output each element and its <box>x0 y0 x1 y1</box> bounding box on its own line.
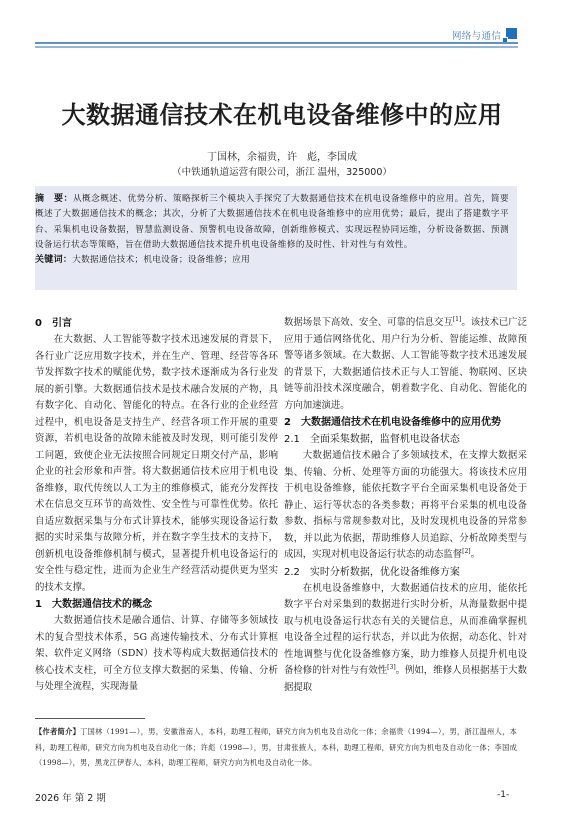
section-2-2-text: 在机电设备维修中，大数据通信技术的应用，能依托数字平台对采集到的数据进行实时分析… <box>284 583 527 677</box>
section-2-1-heading: 2.1 全面采集数据，监督机电设备状态 <box>284 431 527 448</box>
article-authors: 丁国林，余福贵，许 彪，李国成 <box>0 148 564 163</box>
section-1-continuation-text-2: 。该技术已广泛应用于通信网络优化、用户行为分析、智能运维、故障预警等诸多领域。在… <box>284 317 527 411</box>
section-1-continuation-text: 数据场景下高效、安全、可靠的信息交互 <box>284 317 453 328</box>
abstract-label: 摘 要： <box>35 194 73 204</box>
body-column-right: 数据场景下高效、安全、可靠的信息交互[1]。该技术已广泛应用于通信网络优化、用户… <box>284 315 527 696</box>
keywords: 关键词：大数据通信技术；机电设备；设备维修；应用 <box>35 253 509 268</box>
section-1-paragraph: 大数据通信技术是融合通信、计算、存储等多领域技术的复合型技术体系，5G 高速传输… <box>35 613 278 696</box>
journal-section-label: 网络与通信 <box>452 28 501 42</box>
header-rule <box>35 42 518 44</box>
author-footnote: 【作者简介】丁国林（1991—），男，安徽淮南人，本科，助理工程师，研究方向为机… <box>35 724 517 771</box>
issue-label: 2026 年 第 2 期 <box>35 790 106 804</box>
body-column-left: 0 引言 在大数据、人工智能等数字技术迅速发展的背景下，各行业广泛应用数字技术，… <box>35 315 278 696</box>
abstract: 摘 要：从概念概述、优势分析、策略探析三个模块入手探究了大数据通信技术在机电设备… <box>35 192 509 253</box>
citation-3[interactable]: [3] <box>387 664 396 671</box>
abstract-box: 摘 要：从概念概述、优势分析、策略探析三个模块入手探究了大数据通信技术在机电设备… <box>35 186 517 290</box>
article-affiliation: （中铁通轨道运营有限公司，浙江 温州，325000） <box>0 164 564 178</box>
footnote-rule <box>35 718 145 719</box>
page-number: -1- <box>497 790 509 800</box>
citation-2[interactable]: [2] <box>462 548 471 555</box>
article-title: 大数据通信技术在机电设备维修中的应用 <box>0 95 564 130</box>
section-2-2-paragraph: 在机电设备维修中，大数据通信技术的应用，能依托数字平台对采集到的数据进行实时分析… <box>284 581 527 697</box>
section-2-1-paragraph: 大数据通信技术融合了多领域技术，在支撑大数据采集、传输、分析、处理等方面的功能强… <box>284 448 527 564</box>
section-1-continuation: 数据场景下高效、安全、可靠的信息交互[1]。该技术已广泛应用于通信网络优化、用户… <box>284 315 527 414</box>
section-2-heading: 2 大数据通信技术在机电设备维修中的应用优势 <box>284 414 527 431</box>
header-rule-secondary <box>35 46 518 48</box>
footnote-label: 【作者简介】 <box>35 727 80 736</box>
keywords-label: 关键词： <box>35 255 72 265</box>
section-2-2-heading: 2.2 实时分析数据，优化设备维修方案 <box>284 564 527 581</box>
abstract-text: 从概念概述、优势分析、策略探析三个模块入手探究了大数据通信技术在机电设备维修中的… <box>35 194 509 250</box>
section-0-heading: 0 引言 <box>35 315 278 332</box>
section-2-1-end: 。 <box>471 549 480 560</box>
footnote-text: 丁国林（1991—），男，安徽淮南人，本科，助理工程师，研究方向为机电及自动化一… <box>35 727 517 767</box>
section-0-paragraph: 在大数据、人工智能等数字技术迅速发展的背景下，各行业广泛应用数字技术，并在生产、… <box>35 332 278 596</box>
section-2-1-text: 大数据通信技术融合了多领域技术，在支撑大数据采集、传输、分析、处理等方面的功能强… <box>284 450 527 560</box>
keywords-text: 大数据通信技术；机电设备；设备维修；应用 <box>72 255 250 265</box>
section-1-heading: 1 大数据通信技术的概念 <box>35 596 278 613</box>
